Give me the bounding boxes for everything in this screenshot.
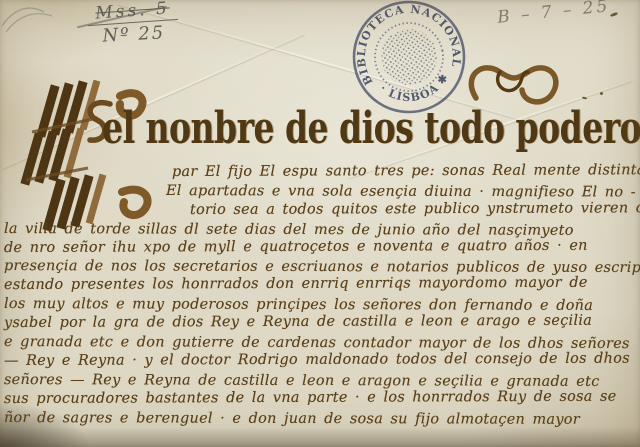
heading-line: el nonbre de dios todo poderoso	[102, 102, 640, 153]
number-mark: Nº 25	[88, 22, 179, 48]
stamp-emblem	[376, 24, 442, 90]
manuscript-body: par El fijo El espu santo tres pe: sonas…	[0, 163, 640, 427]
manuscript-line: de nro señor ihu xpo de myll e quatroçet…	[4, 236, 640, 257]
manuscript-line: estando presentes los honrrados don enrr…	[4, 274, 640, 295]
manuscript-line: ñor de sagres e berenguel · e don juan d…	[4, 409, 640, 430]
ink-speck	[600, 92, 603, 95]
manuscript-line: par El fijo El espu santo tres pe: sonas…	[172, 161, 640, 182]
manuscript-line: ysabel por la gra de dios Rey e Reyna de…	[4, 312, 640, 333]
shelf-mark: B – 7 – 25	[496, 0, 611, 28]
manuscript-line: torio sea a todos quitos este publico yn…	[190, 199, 640, 220]
faint-pencil-mark	[0, 0, 64, 36]
manuscript-line: — Rey e Reyna · y el doctor Rodrigo mald…	[4, 349, 640, 370]
ink-speck	[582, 96, 587, 99]
manuscript-line: sus procuradores bastantes de la vna par…	[4, 387, 640, 408]
manuscript-page: Mss. 5 Nº 25 B – 7 – 25 BIBLIOTECA NACIO…	[0, 0, 640, 447]
